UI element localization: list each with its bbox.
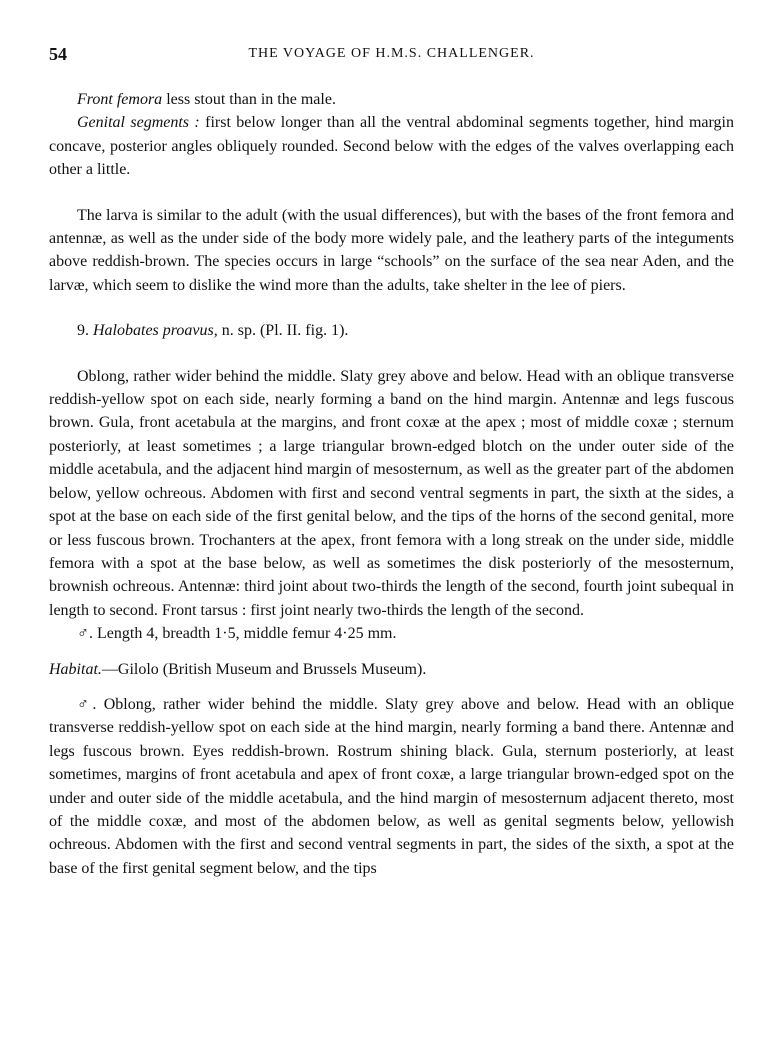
italic-term: Genital segments : [77,114,200,131]
paragraph-front-femora: Front femora less stout than in the male… [49,88,734,111]
paragraph-habitat: Habitat.—Gilolo (British Museum and Brus… [49,658,734,681]
paragraph-larva: The larva is similar to the adult (with … [49,204,734,298]
paragraph-description: Oblong, rather wider behind the middle. … [49,365,734,622]
species-name: Halobates proavus, [93,322,218,339]
paragraph-male-description: ♂. Oblong, rather wider behind the middl… [49,693,734,880]
paragraph-genital-segments: Genital segments : first below longer th… [49,111,734,181]
habitat-label: Habitat. [49,661,102,678]
paragraph-measurements: ♂. Length 4, breadth 1·5, middle femur 4… [49,622,734,645]
italic-term: Front femora [77,91,162,108]
running-title: THE VOYAGE OF H.M.S. CHALLENGER. [49,46,734,62]
page-body: Front femora less stout than in the male… [49,88,734,880]
species-heading: 9. Halobates proavus, n. sp. (Pl. II. fi… [77,319,734,342]
page-header: 54 THE VOYAGE OF H.M.S. CHALLENGER. [49,44,734,68]
